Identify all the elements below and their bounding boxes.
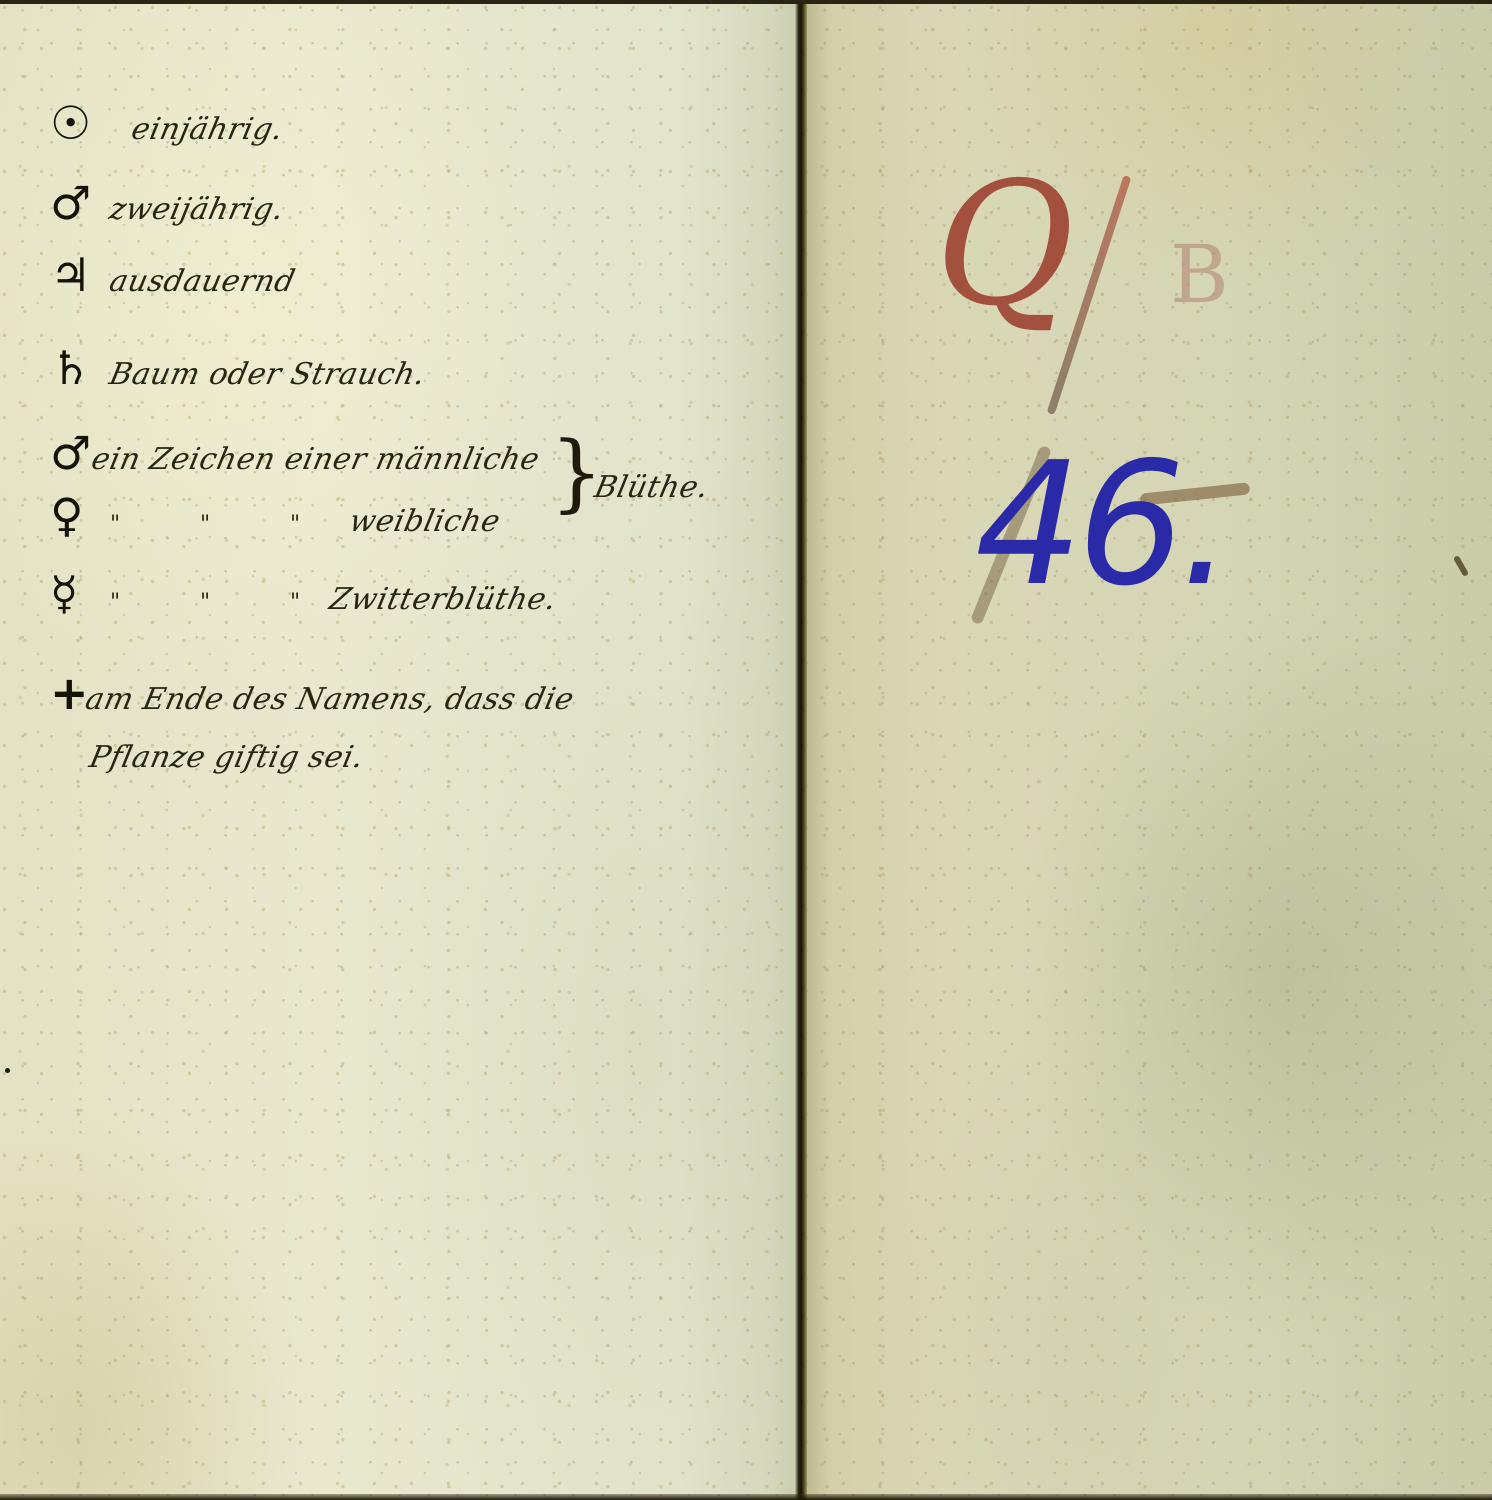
ditto-mark: " [110,512,200,537]
legend-text: zweijährig. [106,192,287,227]
shelf-number: 46. [975,440,1227,610]
ditto-mark: " [290,590,330,615]
legend-row-male-flower: ♂ ein Zeichen einer männliche [50,430,539,477]
jupiter-symbol-icon: ♃ [50,252,110,298]
top-edge [0,0,1492,4]
hermaphrodite-symbol-icon: ☿ [50,570,110,616]
legend-row-annual: ☉ einjährig. [50,100,283,147]
legend-text: ausdauernd [106,264,298,299]
legend-row-biennial: ♂ zweijährig. [50,180,284,227]
legend-text: Zwitterblüthe. [326,582,560,617]
shelfmark-suffix: B [1170,235,1229,315]
ditto-mark: " [200,512,290,537]
legend-row-poisonous-continuation: Pflanze giftig sei. [90,740,363,775]
ditto-mark: " [200,590,290,615]
cross-symbol-icon: + [50,670,86,716]
legend-text: ein Zeichen einer männliche [88,442,542,477]
legend-text: Baum oder Strauch. [106,357,428,392]
legend-row-poisonous: + am Ende des Namens, dass die [50,670,574,717]
ink-speck [5,1068,10,1073]
legend-text: am Ende des Namens, dass die [82,682,577,717]
sun-symbol-icon: ☉ [50,100,110,146]
ditto-mark: " [110,590,200,615]
right-page [802,0,1492,1500]
saturn-symbol-icon: ♄ [50,345,110,391]
bottom-edge [0,1494,1492,1500]
ditto-mark: " [290,512,350,537]
male-symbol-icon: ♂ [50,430,92,476]
manuscript-spread: ☉ einjährig. ♂ zweijährig. ♃ ausdauernd … [0,0,1492,1500]
legend-row-tree-shrub: ♄ Baum oder Strauch. [50,345,425,392]
female-symbol-icon: ♀ [50,492,110,538]
legend-row-perennial: ♃ ausdauernd [50,252,295,299]
legend-row-female-flower: ♀ " " " weibliche [50,492,500,539]
book-gutter [795,0,807,1500]
mars-symbol-icon: ♂ [50,180,110,226]
paper-texture [802,0,1492,1500]
legend-row-hermaphrodite-flower: ☿ " " " Zwitterblüthe. [50,570,556,617]
legend-text: einjährig. [128,112,286,147]
brace-label: Blüthe. [591,470,712,505]
legend-text: Pflanze giftig sei. [86,740,367,775]
legend-text: weibliche [346,504,503,539]
shelfmark-letter: Q [935,160,1074,330]
